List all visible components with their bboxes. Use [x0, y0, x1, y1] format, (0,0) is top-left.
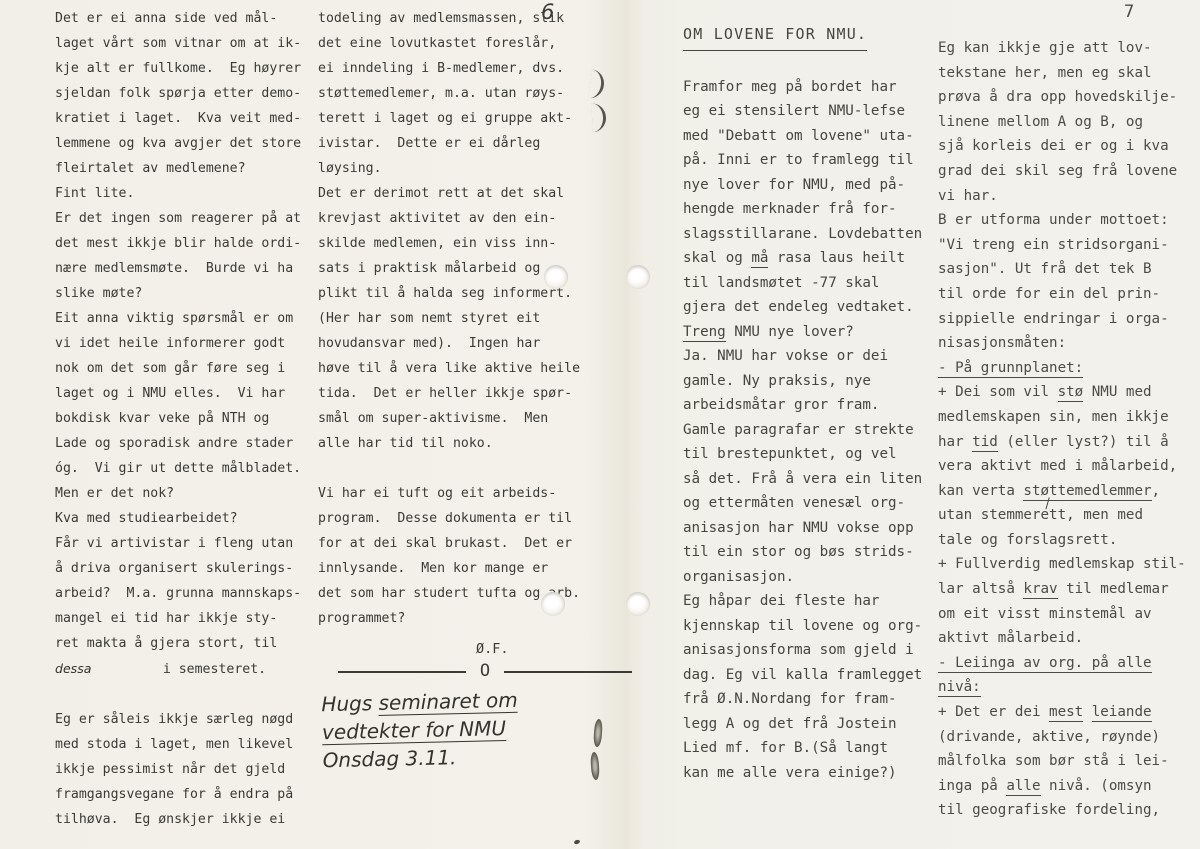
- text-line: Får vi artivistar i fleng utan: [55, 531, 321, 556]
- text-line: anisasjon har NMU vokse opp: [683, 516, 937, 541]
- text-line: til orde for ein del prin-: [938, 282, 1192, 307]
- divider-ornament: O: [480, 663, 490, 680]
- text-line: organisasjon.: [683, 565, 937, 590]
- text-line: gjera det endeleg vedtaket.: [683, 295, 937, 320]
- text-line: [318, 456, 590, 481]
- text-line: Det er derimot rett at det skal: [318, 181, 590, 206]
- text-line: på. Inni er to framlegg til: [683, 148, 937, 173]
- text-line: B er utforma under mottoet:: [938, 208, 1192, 233]
- text-line: arbeidsmåtar gror fram.: [683, 393, 937, 418]
- text-line: Men er det nok?: [55, 481, 321, 506]
- punch-hole: [626, 592, 650, 616]
- text-line: vi idet heile informerer godt: [55, 331, 321, 356]
- text-line: Eg er såleis ikkje særleg nøgd: [55, 707, 321, 732]
- text-line: Treng NMU nye lover?: [683, 320, 937, 345]
- text-line: Vi har ei tuft og eit arbeids-: [318, 481, 590, 506]
- text-line: framgangsvegane for å endra på: [55, 782, 321, 807]
- text-line: nye lover for NMU, med på-: [683, 173, 937, 198]
- text-line: óg. Vi gir ut dette målbladet.: [55, 456, 321, 481]
- text-line: - På grunnplanet:: [938, 356, 1192, 381]
- text-line: Eg håpar dei fleste har: [683, 589, 937, 614]
- text-line: lemmene og kva avgjer det store: [55, 131, 321, 156]
- text-line: ret makta å gjera stort, til: [55, 631, 321, 656]
- punch-hole: [626, 265, 650, 289]
- text-line: [55, 682, 321, 707]
- article-heading: OM LOVENE FOR NMU.: [683, 22, 867, 51]
- text-line: har tid (eller lyst?) til å: [938, 430, 1192, 455]
- text-line: + Dei som vil stø NMU med: [938, 380, 1192, 405]
- text-line: krevjast aktivitet av den ein-: [318, 206, 590, 231]
- text-line: å driva organisert skulerings-: [55, 556, 321, 581]
- text-line: løysing.: [318, 156, 590, 181]
- text-line: kan verta støttemedlemmer,: [938, 479, 1192, 504]
- ink-mark: [573, 839, 580, 845]
- text-line: skal og må rasa laus heilt: [683, 246, 937, 271]
- text-line: med "Debatt om lovene" uta-: [683, 124, 937, 149]
- text-line: Kva med studiearbeidet?: [55, 506, 321, 531]
- handwritten-reminder-note: Hugs seminaret omvedtekter for NMUOnsdag…: [321, 686, 519, 774]
- text-line: todeling av medlemsmassen, slik: [318, 6, 590, 31]
- text-line: legg A og det frå Jostein: [683, 712, 937, 737]
- text-line: vi har.: [938, 184, 1192, 209]
- text-line: og ettermåten venesæl org-: [683, 491, 937, 516]
- text-line: Gamle paragrafar er strekte: [683, 418, 937, 443]
- text-line: arbeid? M.a. grunna mannskaps-: [55, 581, 321, 606]
- text-line: nok om det som går føre seg i: [55, 356, 321, 381]
- text-line: grad dei skil seg frå lovene: [938, 159, 1192, 184]
- text-line: gamle. Ny praksis, nye: [683, 369, 937, 394]
- text-line: eg ei stensilert NMU-lefse: [683, 99, 937, 124]
- text-line: det mest ikkje blir halde ordi-: [55, 231, 321, 256]
- text-line: Eg kan ikkje gje att lov-: [938, 36, 1192, 61]
- text-line: Eit anna viktig spørsmål er om: [55, 306, 321, 331]
- text-line: + Det er dei mest leiande: [938, 700, 1192, 725]
- text-line: terett i laget og ei gruppe akt-: [318, 106, 590, 131]
- text-line: så det. Frå å vera ein liten: [683, 467, 937, 492]
- text-line: (drivande, aktive, røynde): [938, 725, 1192, 750]
- text-line: Lied mf. for B.(Så langt: [683, 736, 937, 761]
- text-line: prøva å dra opp hovedskilje-: [938, 85, 1192, 110]
- text-line: sippielle endringar i orga-: [938, 307, 1192, 332]
- text-line: aktivt målarbeid.: [938, 626, 1192, 651]
- text-line: nisasjonsmåten:: [938, 331, 1192, 356]
- text-line: - Leiinga av org. på alle: [938, 651, 1192, 676]
- text-line: nære medlemsmøte. Burde vi ha: [55, 256, 321, 281]
- text-line: målfolka som bør stå i lei-: [938, 749, 1192, 774]
- text-line: Er det ingen som reagerer på at: [55, 206, 321, 231]
- text-line: inga på alle nivå. (omsyn: [938, 774, 1192, 799]
- text-line: kratiet i laget. Kva veit med-: [55, 106, 321, 131]
- text-line: Lade og sporadisk andre stader: [55, 431, 321, 456]
- text-line: til geografiske fordeling,: [938, 798, 1192, 823]
- text-line: Det er ei anna side ved mål-: [55, 6, 321, 31]
- text-line: vedtekter for NMU: [322, 714, 519, 746]
- text-line: til ein stor og bøs strids-: [683, 540, 937, 565]
- text-line: det eine lovutkastet foreslår,: [318, 31, 590, 56]
- divider-line-left: [338, 671, 466, 673]
- text-line: tilhøva. Eg ønskjer ikkje ei: [55, 807, 321, 832]
- text-line: Hugs seminaret om: [321, 686, 518, 718]
- text-line: dessa i semesteret.: [55, 656, 321, 682]
- text-line: kje alt er fullkome. Eg høyrer: [55, 56, 321, 81]
- text-line: til brestepunktet, og vel: [683, 442, 937, 467]
- text-line: slagsstillarane. Lovdebatten: [683, 222, 937, 247]
- text-line: høve til å vera like aktive heile: [318, 356, 590, 381]
- text-line: sjeldan folk spørja etter demo-: [55, 81, 321, 106]
- page6-column1: Det er ei anna side ved mål-laget vårt s…: [55, 6, 321, 832]
- page7-column1: OM LOVENE FOR NMU. Framfor meg på bordet…: [683, 22, 937, 785]
- text-line: kjennskap til lovene og org-: [683, 614, 937, 639]
- divider-line-right: [504, 671, 632, 673]
- text-line: sjå korleis dei er og i kva: [938, 134, 1192, 159]
- text-line: lar altså krav til medlemar: [938, 577, 1192, 602]
- text-line: om eit visst minstemål av: [938, 602, 1192, 627]
- page6-column2: todeling av medlemsmassen, slikdet eine …: [318, 6, 590, 631]
- text-line: vera aktivt med i målarbeid,: [938, 454, 1192, 479]
- text-line: nivå:: [938, 675, 1192, 700]
- punch-hole: [544, 265, 568, 289]
- text-line: hovudansvar med). Ingen har: [318, 331, 590, 356]
- page7-column1-body: Framfor meg på bordet hareg ei stensiler…: [683, 75, 937, 786]
- text-line: kan me alle vera einige?): [683, 761, 937, 786]
- text-line: Fint lite.: [55, 181, 321, 206]
- text-line: program. Desse dokumenta er til: [318, 506, 590, 531]
- text-line: bokdisk kvar veke på NTH og: [55, 406, 321, 431]
- text-line: tale og forslagsrett.: [938, 528, 1192, 553]
- text-line: "Vi treng ein stridsorgani-: [938, 233, 1192, 258]
- text-line: til landsmøtet -77 skal: [683, 271, 937, 296]
- text-line: medlemskapen sin, men ikkje: [938, 405, 1192, 430]
- text-line: ivistar. Dette er ei dårleg: [318, 131, 590, 156]
- text-line: dag. Eg vil kalla framlegget: [683, 663, 937, 688]
- text-line: fleirtalet av medlemene?: [55, 156, 321, 181]
- page7-number: 7: [1124, 2, 1134, 22]
- section-divider: O: [338, 663, 632, 680]
- text-line: Ja. NMU har vokse or dei: [683, 344, 937, 369]
- text-line: smål om super-aktivisme. Men: [318, 406, 590, 431]
- text-line: tida. Det er heller ikkje spør-: [318, 381, 590, 406]
- text-line: linene mellom A og B, og: [938, 110, 1192, 135]
- text-line: laget og i NMU elles. Vi har: [55, 381, 321, 406]
- text-line: slike møte?: [55, 281, 321, 306]
- page7-column2: Eg kan ikkje gje att lov-tekstane her, m…: [938, 36, 1192, 823]
- text-line: anisasjonsforma som gjeld i: [683, 638, 937, 663]
- punch-hole: [541, 592, 565, 616]
- text-line: laget vårt som vitnar om at ik-: [55, 31, 321, 56]
- text-line: støttemedlemer, m.a. utan røys-: [318, 81, 590, 106]
- text-line: + Fullverdig medlemskap stil-: [938, 552, 1192, 577]
- text-line: utan stemmerett, men med: [938, 503, 1192, 528]
- text-line: Framfor meg på bordet har: [683, 75, 937, 100]
- text-line: (Her har som nemt styret eit: [318, 306, 590, 331]
- document-scan: 6 7 Det er ei anna side ved mål-laget vå…: [0, 0, 1200, 849]
- text-line: innlysande. Men kor mange er: [318, 556, 590, 581]
- text-line: med stoda i laget, men likevel: [55, 732, 321, 757]
- text-line: skilde medlemen, ein viss inn-: [318, 231, 590, 256]
- text-line: for at dei skal brukast. Det er: [318, 531, 590, 556]
- text-line: ikkje pessimist når det gjeld: [55, 757, 321, 782]
- text-line: sasjon". Ut frå det tek B: [938, 257, 1192, 282]
- text-line: tekstane her, men eg skal: [938, 61, 1192, 86]
- text-line: frå Ø.N.Nordang for fram-: [683, 687, 937, 712]
- text-line: Onsdag 3.11.: [322, 742, 519, 774]
- text-line: ei inndeling i B-medlemer, dvs.: [318, 56, 590, 81]
- text-line: hengde merknader frå for-: [683, 197, 937, 222]
- text-line: mangel ei tid har ikkje sty-: [55, 606, 321, 631]
- text-line: alle har tid til noko.: [318, 431, 590, 456]
- signature-initials: Ø.F.: [476, 641, 509, 657]
